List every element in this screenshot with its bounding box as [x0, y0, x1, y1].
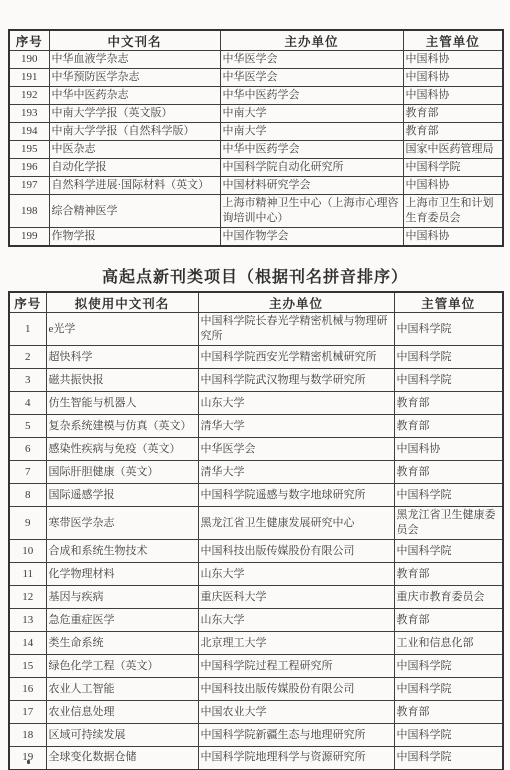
supervisor: 黑龙江省卫生健康委员会: [394, 507, 503, 540]
supervisor: 中国科学院: [394, 540, 503, 563]
journal-name: 中华预防医学杂志: [49, 69, 220, 87]
supervisor: 中国科学院: [394, 369, 503, 392]
row-number: 19: [9, 747, 46, 770]
journal-name: 合成和系统生物技术: [46, 540, 198, 563]
row-number: 17: [9, 701, 46, 724]
row-number: 191: [9, 69, 49, 87]
row-number: 9: [9, 507, 46, 540]
row-number: 5: [9, 415, 46, 438]
supervisor: 教育部: [394, 415, 503, 438]
supervisor: 中国科协: [403, 177, 503, 195]
table-row: 16农业人工智能中国科技出版传媒股份有限公司中国科学院: [9, 678, 503, 701]
journal-name: 中南大学学报（自然科学版）: [49, 123, 220, 141]
supervisor: 中国科协: [403, 228, 503, 247]
journal-name: 自动化学报: [49, 159, 220, 177]
row-number: 6: [9, 438, 46, 461]
row-number: 15: [9, 655, 46, 678]
column-header-supervisor: 主管单位: [394, 292, 503, 313]
supervisor: 中国科学院: [394, 313, 503, 346]
organizer: 中国作物学会: [220, 228, 403, 247]
row-number: 195: [9, 141, 49, 159]
journal-name: 超快科学: [46, 346, 198, 369]
supervisor: 教育部: [394, 609, 503, 632]
table-row: 193中南大学学报（英文版）中南大学教育部: [9, 105, 503, 123]
header-row: 序号 拟使用中文刊名 主办单位 主管单位: [9, 292, 503, 313]
row-number: 13: [9, 609, 46, 632]
journal-name: 农业人工智能: [46, 678, 198, 701]
supervisor: 中国科学院: [394, 484, 503, 507]
journal-name: e光学: [46, 313, 198, 346]
column-header-number: 序号: [9, 30, 49, 51]
journal-name: 中华中医药杂志: [49, 87, 220, 105]
table-row: 17农业信息处理中国农业大学教育部: [9, 701, 503, 724]
table-row: 6感染性疾病与免疫（英文）中华医学会中国科协: [9, 438, 503, 461]
journal-name: 寒带医学杂志: [46, 507, 198, 540]
supervisor: 工业和信息化部: [394, 632, 503, 655]
row-number: 8: [9, 484, 46, 507]
row-number: 2: [9, 346, 46, 369]
table-row: 9寒带医学杂志黑龙江省卫生健康发展研究中心黑龙江省卫生健康委员会: [9, 507, 503, 540]
organizer: 中南大学: [220, 123, 403, 141]
supervisor: 中国科协: [394, 438, 503, 461]
table-row: 7国际肝胆健康（英文）清华大学教育部: [9, 461, 503, 484]
supervisor: 上海市卫生和计划生育委员会: [403, 195, 503, 228]
organizer: 中国科学院自动化研究所: [220, 159, 403, 177]
organizer: 山东大学: [198, 563, 394, 586]
supervisor: 中国科学院: [394, 655, 503, 678]
row-number: 1: [9, 313, 46, 346]
table-row: 194中南大学学报（自然科学版）中南大学教育部: [9, 123, 503, 141]
header-row: 序号 中文刊名 主办单位 主管单位: [9, 30, 503, 51]
row-number: 18: [9, 724, 46, 747]
organizer: 中华医学会: [220, 51, 403, 69]
column-header-organizer: 主办单位: [220, 30, 403, 51]
column-header-proposed-journal-name: 拟使用中文刊名: [46, 292, 198, 313]
journal-name: 绿色化学工程（英文）: [46, 655, 198, 678]
journal-name: 国际肝胆健康（英文）: [46, 461, 198, 484]
journal-name: 自然科学进展·国际材料（英文）: [49, 177, 220, 195]
table-row: 196自动化学报中国科学院自动化研究所中国科学院: [9, 159, 503, 177]
supervisor: 重庆市教育委员会: [394, 586, 503, 609]
organizer: 中国科学院长春光学精密机械与物理研究所: [198, 313, 394, 346]
table-row: 10合成和系统生物技术中国科技出版传媒股份有限公司中国科学院: [9, 540, 503, 563]
section-title: 高起点新刊类项目（根据刊名拼音排序）: [8, 264, 502, 287]
organizer: 中国材料研究学会: [220, 177, 403, 195]
row-number: 11: [9, 563, 46, 586]
journal-name: 中华血液学杂志: [49, 51, 220, 69]
table-row: 5复杂系统建模与仿真（英文）清华大学教育部: [9, 415, 503, 438]
supervisor: 中国科协: [403, 51, 503, 69]
table-row: 14类生命系统北京理工大学工业和信息化部: [9, 632, 503, 655]
journal-name: 全球变化数据仓储: [46, 747, 198, 770]
table-row: 197自然科学进展·国际材料（英文）中国材料研究学会中国科协: [9, 177, 503, 195]
organizer: 山东大学: [198, 392, 394, 415]
organizer: 中国科技出版传媒股份有限公司: [198, 678, 394, 701]
table-row: 198综合精神医学上海市精神卫生中心（上海市心理咨询培训中心）上海市卫生和计划生…: [9, 195, 503, 228]
table-row: 8国际遥感学报中国科学院遥感与数字地球研究所中国科学院: [9, 484, 503, 507]
organizer: 中华中医药学会: [220, 87, 403, 105]
organizer: 中国农业大学: [198, 701, 394, 724]
journal-name: 化学物理材料: [46, 563, 198, 586]
table-row: 1e光学中国科学院长春光学精密机械与物理研究所中国科学院: [9, 313, 503, 346]
organizer: 中南大学: [220, 105, 403, 123]
table-row: 18区域可持续发展中国科学院新疆生态与地理研究所中国科学院: [9, 724, 503, 747]
journal-table-190-199: 序号 中文刊名 主办单位 主管单位 190中华血液学杂志中华医学会中国科协191…: [8, 29, 504, 247]
supervisor: 教育部: [403, 123, 503, 141]
journal-name: 中南大学学报（英文版）: [49, 105, 220, 123]
row-number: 196: [9, 159, 49, 177]
supervisor: 教育部: [394, 392, 503, 415]
organizer: 中国科学院新疆生态与地理研究所: [198, 724, 394, 747]
organizer: 清华大学: [198, 415, 394, 438]
organizer: 黑龙江省卫生健康发展研究中心: [198, 507, 394, 540]
journal-name: 类生命系统: [46, 632, 198, 655]
journal-name: 复杂系统建模与仿真（英文）: [46, 415, 198, 438]
journal-name: 急危重症医学: [46, 609, 198, 632]
row-number: 10: [9, 540, 46, 563]
organizer: 中华医学会: [198, 438, 394, 461]
column-header-organizer: 主办单位: [198, 292, 394, 313]
supervisor: 中国科学院: [394, 747, 503, 770]
table-row: 13急危重症医学山东大学教育部: [9, 609, 503, 632]
scanned-document-page: 序号 中文刊名 主办单位 主管单位 190中华血液学杂志中华医学会中国科协191…: [0, 0, 510, 770]
row-number: 199: [9, 228, 49, 247]
supervisor: 中国科协: [403, 69, 503, 87]
new-journal-table-1-19: 序号 拟使用中文刊名 主办单位 主管单位 1e光学中国科学院长春光学精密机械与物…: [8, 291, 504, 770]
supervisor: 中国科学院: [394, 678, 503, 701]
organizer: 中国科学院西安光学精密机械研究所: [198, 346, 394, 369]
supervisor: 教育部: [394, 563, 503, 586]
row-number: 7: [9, 461, 46, 484]
organizer: 重庆医科大学: [198, 586, 394, 609]
journal-name: 农业信息处理: [46, 701, 198, 724]
supervisor: 中国科协: [403, 87, 503, 105]
table-row: 12基因与疾病重庆医科大学重庆市教育委员会: [9, 586, 503, 609]
organizer: 中国科学院武汉物理与数学研究所: [198, 369, 394, 392]
table-row: 11化学物理材料山东大学教育部: [9, 563, 503, 586]
table-row: 2超快科学中国科学院西安光学精密机械研究所中国科学院: [9, 346, 503, 369]
organizer: 中国科技出版传媒股份有限公司: [198, 540, 394, 563]
table-row: 199作物学报中国作物学会中国科协: [9, 228, 503, 247]
table-row: 19全球变化数据仓储中国科学院地理科学与资源研究所中国科学院: [9, 747, 503, 770]
journal-name: 综合精神医学: [49, 195, 220, 228]
organizer: 中华中医药学会: [220, 141, 403, 159]
organizer: 清华大学: [198, 461, 394, 484]
organizer: 中华医学会: [220, 69, 403, 87]
supervisor: 国家中医药管理局: [403, 141, 503, 159]
table-row: 195中医杂志中华中医药学会国家中医药管理局: [9, 141, 503, 159]
organizer: 中国科学院遥感与数字地球研究所: [198, 484, 394, 507]
organizer: 中国科学院过程工程研究所: [198, 655, 394, 678]
row-number: 198: [9, 195, 49, 228]
row-number: 14: [9, 632, 46, 655]
journal-name: 感染性疾病与免疫（英文）: [46, 438, 198, 461]
table-row: 15绿色化学工程（英文）中国科学院过程工程研究所中国科学院: [9, 655, 503, 678]
supervisor: 中国科学院: [394, 346, 503, 369]
row-number: 12: [9, 586, 46, 609]
journal-name: 中医杂志: [49, 141, 220, 159]
column-header-journal-name: 中文刊名: [49, 30, 220, 51]
journal-name: 区域可持续发展: [46, 724, 198, 747]
organizer: 山东大学: [198, 609, 394, 632]
journal-name: 基因与疾病: [46, 586, 198, 609]
column-header-number: 序号: [9, 292, 46, 313]
table-row: 4仿生智能与机器人山东大学教育部: [9, 392, 503, 415]
organizer: 上海市精神卫生中心（上海市心理咨询培训中心）: [220, 195, 403, 228]
row-number: 190: [9, 51, 49, 69]
journal-name: 作物学报: [49, 228, 220, 247]
organizer: 北京理工大学: [198, 632, 394, 655]
table-row: 191中华预防医学杂志中华医学会中国科协: [9, 69, 503, 87]
table-row: 192中华中医药杂志中华中医药学会中国科协: [9, 87, 503, 105]
journal-name: 磁共振快报: [46, 369, 198, 392]
supervisor: 中国科学院: [403, 159, 503, 177]
table-row: 3磁共振快报中国科学院武汉物理与数学研究所中国科学院: [9, 369, 503, 392]
row-number: 16: [9, 678, 46, 701]
organizer: 中国科学院地理科学与资源研究所: [198, 747, 394, 770]
supervisor: 教育部: [394, 701, 503, 724]
column-header-supervisor: 主管单位: [403, 30, 503, 51]
supervisor: 教育部: [394, 461, 503, 484]
scan-artifact-mark: [27, 760, 30, 764]
row-number: 4: [9, 392, 46, 415]
supervisor: 教育部: [403, 105, 503, 123]
row-number: 194: [9, 123, 49, 141]
row-number: 192: [9, 87, 49, 105]
supervisor: 中国科学院: [394, 724, 503, 747]
row-number: 193: [9, 105, 49, 123]
row-number: 3: [9, 369, 46, 392]
journal-name: 仿生智能与机器人: [46, 392, 198, 415]
row-number: 197: [9, 177, 49, 195]
table-row: 190中华血液学杂志中华医学会中国科协: [9, 51, 503, 69]
journal-name: 国际遥感学报: [46, 484, 198, 507]
